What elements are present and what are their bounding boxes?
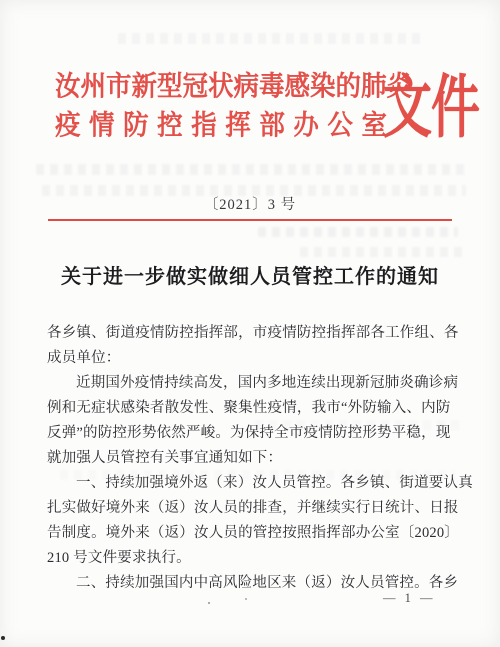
body-line: 反弹”的防控形势依然严峻。为保持全市疫情防控形势平稳，现 <box>47 421 456 446</box>
bleed-through-text <box>300 247 465 257</box>
bleed-through-text <box>258 227 458 237</box>
scan-speck <box>208 602 210 604</box>
issuing-organization: 汝州市新型冠状病毒感染的肺炎 疫情防控指挥部办公室 <box>55 66 387 144</box>
document-number: 〔2021〕3 号 <box>0 193 500 214</box>
bleed-through-text <box>36 164 466 175</box>
body-line: 210 号文件要求执行。 <box>47 546 456 571</box>
scan-speck <box>1 636 5 640</box>
body-line: 扎实做好境外来（返）汝人员的排查，并继续实行日统计、日报 <box>47 496 456 521</box>
scanned-document-page: 汝州市新型冠状病毒感染的肺炎 疫情防控指挥部办公室 文件 〔2021〕3 号 关… <box>0 0 500 647</box>
body-line: 就加强人员管控有关事宜通知如下： <box>47 446 456 471</box>
page-number: — 1 — <box>383 591 436 606</box>
body-line: 一、持续加强境外返（来）汝人员管控。各乡镇、街道要认真 <box>47 471 456 496</box>
scan-speck <box>245 598 247 600</box>
bleed-through-text <box>118 33 423 44</box>
body-line: 例和无症状感染者散发性、聚集性疫情，我市“外防输入、内防 <box>47 396 456 421</box>
body-line: 告制度。境外来（返）汝人员的管控按照指挥部办公室〔2020〕 <box>47 521 456 546</box>
body-line: 成员单位： <box>47 346 456 371</box>
header-divider-rule <box>48 219 452 221</box>
letterhead: 汝州市新型冠状病毒感染的肺炎 疫情防控指挥部办公室 文件 <box>55 66 478 156</box>
document-title: 关于进一步做实做细人员管控工作的通知 <box>0 260 500 289</box>
issuing-org-line2: 疫情防控指挥部办公室 <box>55 104 387 147</box>
doc-type-label: 文件 <box>383 72 479 145</box>
issuing-org-line1: 汝州市新型冠状病毒感染的肺炎 <box>55 66 387 107</box>
body-line: 各乡镇、街道疫情防控指挥部，市疫情防控指挥部各工作组、各 <box>47 321 456 346</box>
body-line: 近期国外疫情持续高发，国内多地连续出现新冠肺炎确诊病 <box>47 371 456 396</box>
document-body: 各乡镇、街道疫情防控指挥部，市疫情防控指挥部各工作组、各 成员单位： 近期国外疫… <box>47 321 456 596</box>
